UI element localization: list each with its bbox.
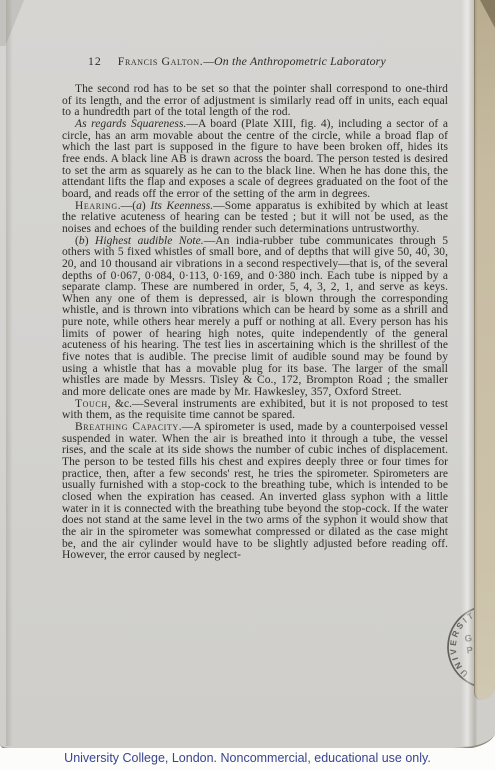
text-segment: , &c.—Several instruments are exhibited,… [62,398,448,422]
text-segment: As regards Squareness. [75,118,186,130]
text-segment: —A board (Plate XIII, fig. 4), including… [62,118,448,200]
text-segment: .—( [118,200,136,212]
page-corner [0,0,24,46]
paragraph: Hearing.—(a) Its Keenness.—Some apparatu… [62,201,448,236]
paragraph: Breathing Capacity.—A spirometer is used… [62,422,448,562]
text-segment: —On the Anthropometric Laboratory [203,54,386,68]
text-segment: Hearing [75,200,118,212]
text-segment: Francis Galton. [118,54,204,68]
book-page: 12 Francis Galton.—On the Anthropometric… [0,0,495,750]
body-text: The second rod has to be set so that the… [62,84,448,562]
text-segment: Breathing Capacity [75,421,179,433]
footer-watermark: University College, London. Noncommercia… [0,748,495,770]
paragraph: Touch, &c.—Several instruments are exhib… [62,399,448,422]
text-segment: Its Keenness. [150,200,213,212]
paragraph: The second rod has to be set so that the… [62,84,448,119]
text-segment: .—A spirometer is used, made by a counte… [62,421,448,561]
page-fold-crease [461,0,477,746]
text-segment: The second rod has to be set so that the… [62,83,448,118]
page-number: 12 [88,54,102,68]
text-segment: ) [85,235,95,247]
page-left-edge [6,0,12,746]
footer-watermark-text: University College, London. Noncommercia… [64,751,431,765]
scanned-page-frame: 12 Francis Galton.—On the Anthropometric… [0,0,495,770]
page-text-block: 12 Francis Galton.—On the Anthropometric… [62,54,448,562]
running-title: Francis Galton.—On the Anthropometric La… [118,54,386,68]
paragraph: As regards Squareness.—A board (Plate XI… [62,119,448,201]
adjacent-page-edge [474,0,495,700]
paragraph: (b) Highest audible Note.—An india-rubbe… [62,236,448,399]
text-segment: —An india-rubber tube communicates throu… [62,235,448,399]
text-segment: Highest audible Note. [95,235,204,247]
text-segment: Touch [75,398,108,410]
page-header: 12 Francis Galton.—On the Anthropometric… [62,54,448,68]
